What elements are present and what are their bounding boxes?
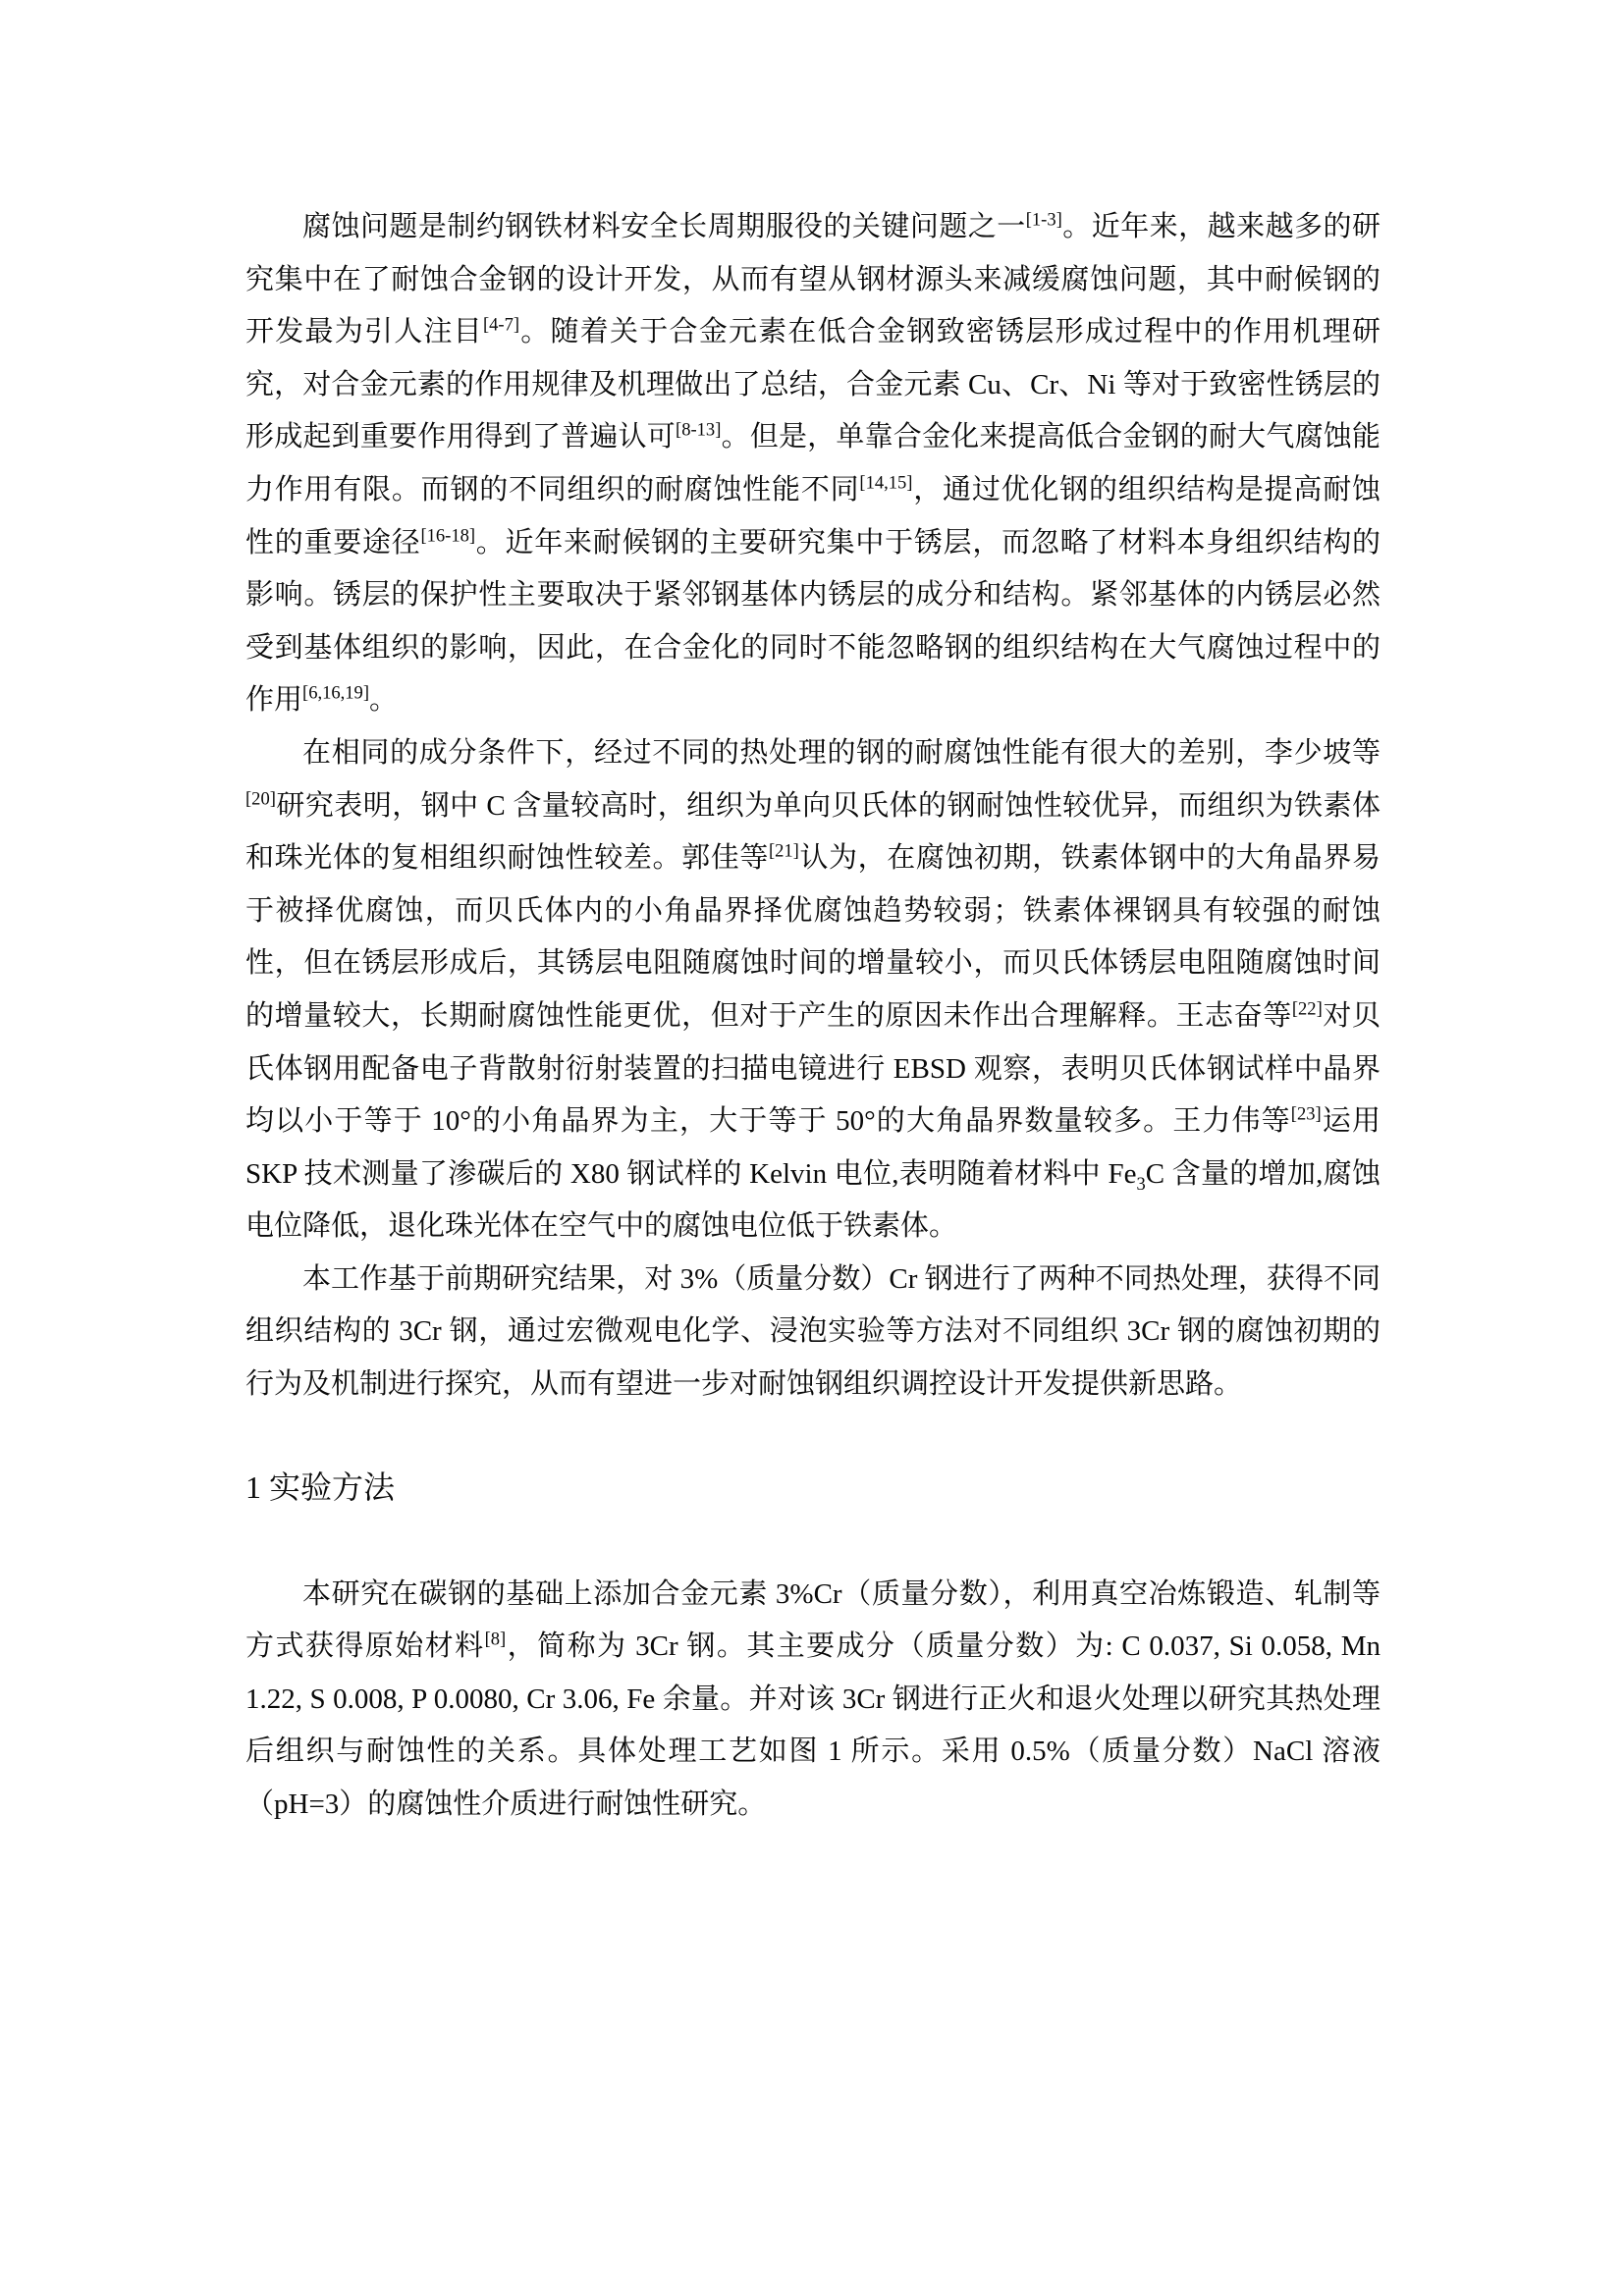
- paragraph-present-work: 本工作基于前期研究结果，对 3%（质量分数）Cr 钢进行了两种不同热处理，获得不…: [245, 1254, 1380, 1412]
- reference-superscript: [16-18]: [420, 525, 475, 546]
- reference-superscript: [21]: [769, 840, 799, 861]
- reference-superscript: [4-7]: [483, 315, 519, 336]
- reference-superscript: [1-3]: [1026, 209, 1062, 230]
- reference-superscript: [23]: [1291, 1103, 1322, 1124]
- reference-superscript: [22]: [1292, 998, 1323, 1019]
- text-run: 在相同的成分条件下，经过不同的热处理的钢的耐腐蚀性能有很大的差别，李少坡等: [302, 737, 1380, 769]
- paragraph-intro-corrosion: 腐蚀问题是制约钢铁材料安全长周期服役的关键问题之一[1-3]。近年来，越来越多的…: [245, 201, 1380, 727]
- text-run: 本工作基于前期研究结果，对 3%（质量分数）Cr 钢进行了两种不同热处理，获得不…: [245, 1263, 1380, 1400]
- reference-superscript: [8-13]: [676, 420, 721, 441]
- reference-superscript: [8]: [485, 1629, 507, 1650]
- paragraph-heat-treatment-review: 在相同的成分条件下，经过不同的热处理的钢的耐腐蚀性能有很大的差别，李少坡等[20…: [245, 727, 1380, 1254]
- text-run: 腐蚀问题是制约钢铁材料安全长周期服役的关键问题之一: [302, 211, 1026, 242]
- text-run: 。: [369, 684, 398, 716]
- section-heading-experimental-method: 1 实验方法: [245, 1461, 1380, 1514]
- document-page: 腐蚀问题是制约钢铁材料安全长周期服役的关键问题之一[1-3]。近年来，越来越多的…: [0, 0, 1624, 2296]
- reference-superscript: [14,15]: [859, 472, 912, 493]
- reference-superscript: [20]: [245, 788, 276, 809]
- chemical-subscript: 3: [1136, 1173, 1145, 1194]
- paragraph-experimental-materials: 本研究在碳钢的基础上添加合金元素 3%Cr（质量分数），利用真空冶炼锻造、轧制等…: [245, 1569, 1380, 1832]
- reference-superscript: [6,16,19]: [302, 683, 369, 704]
- page-content: 腐蚀问题是制约钢铁材料安全长周期服役的关键问题之一[1-3]。近年来，越来越多的…: [245, 201, 1380, 1832]
